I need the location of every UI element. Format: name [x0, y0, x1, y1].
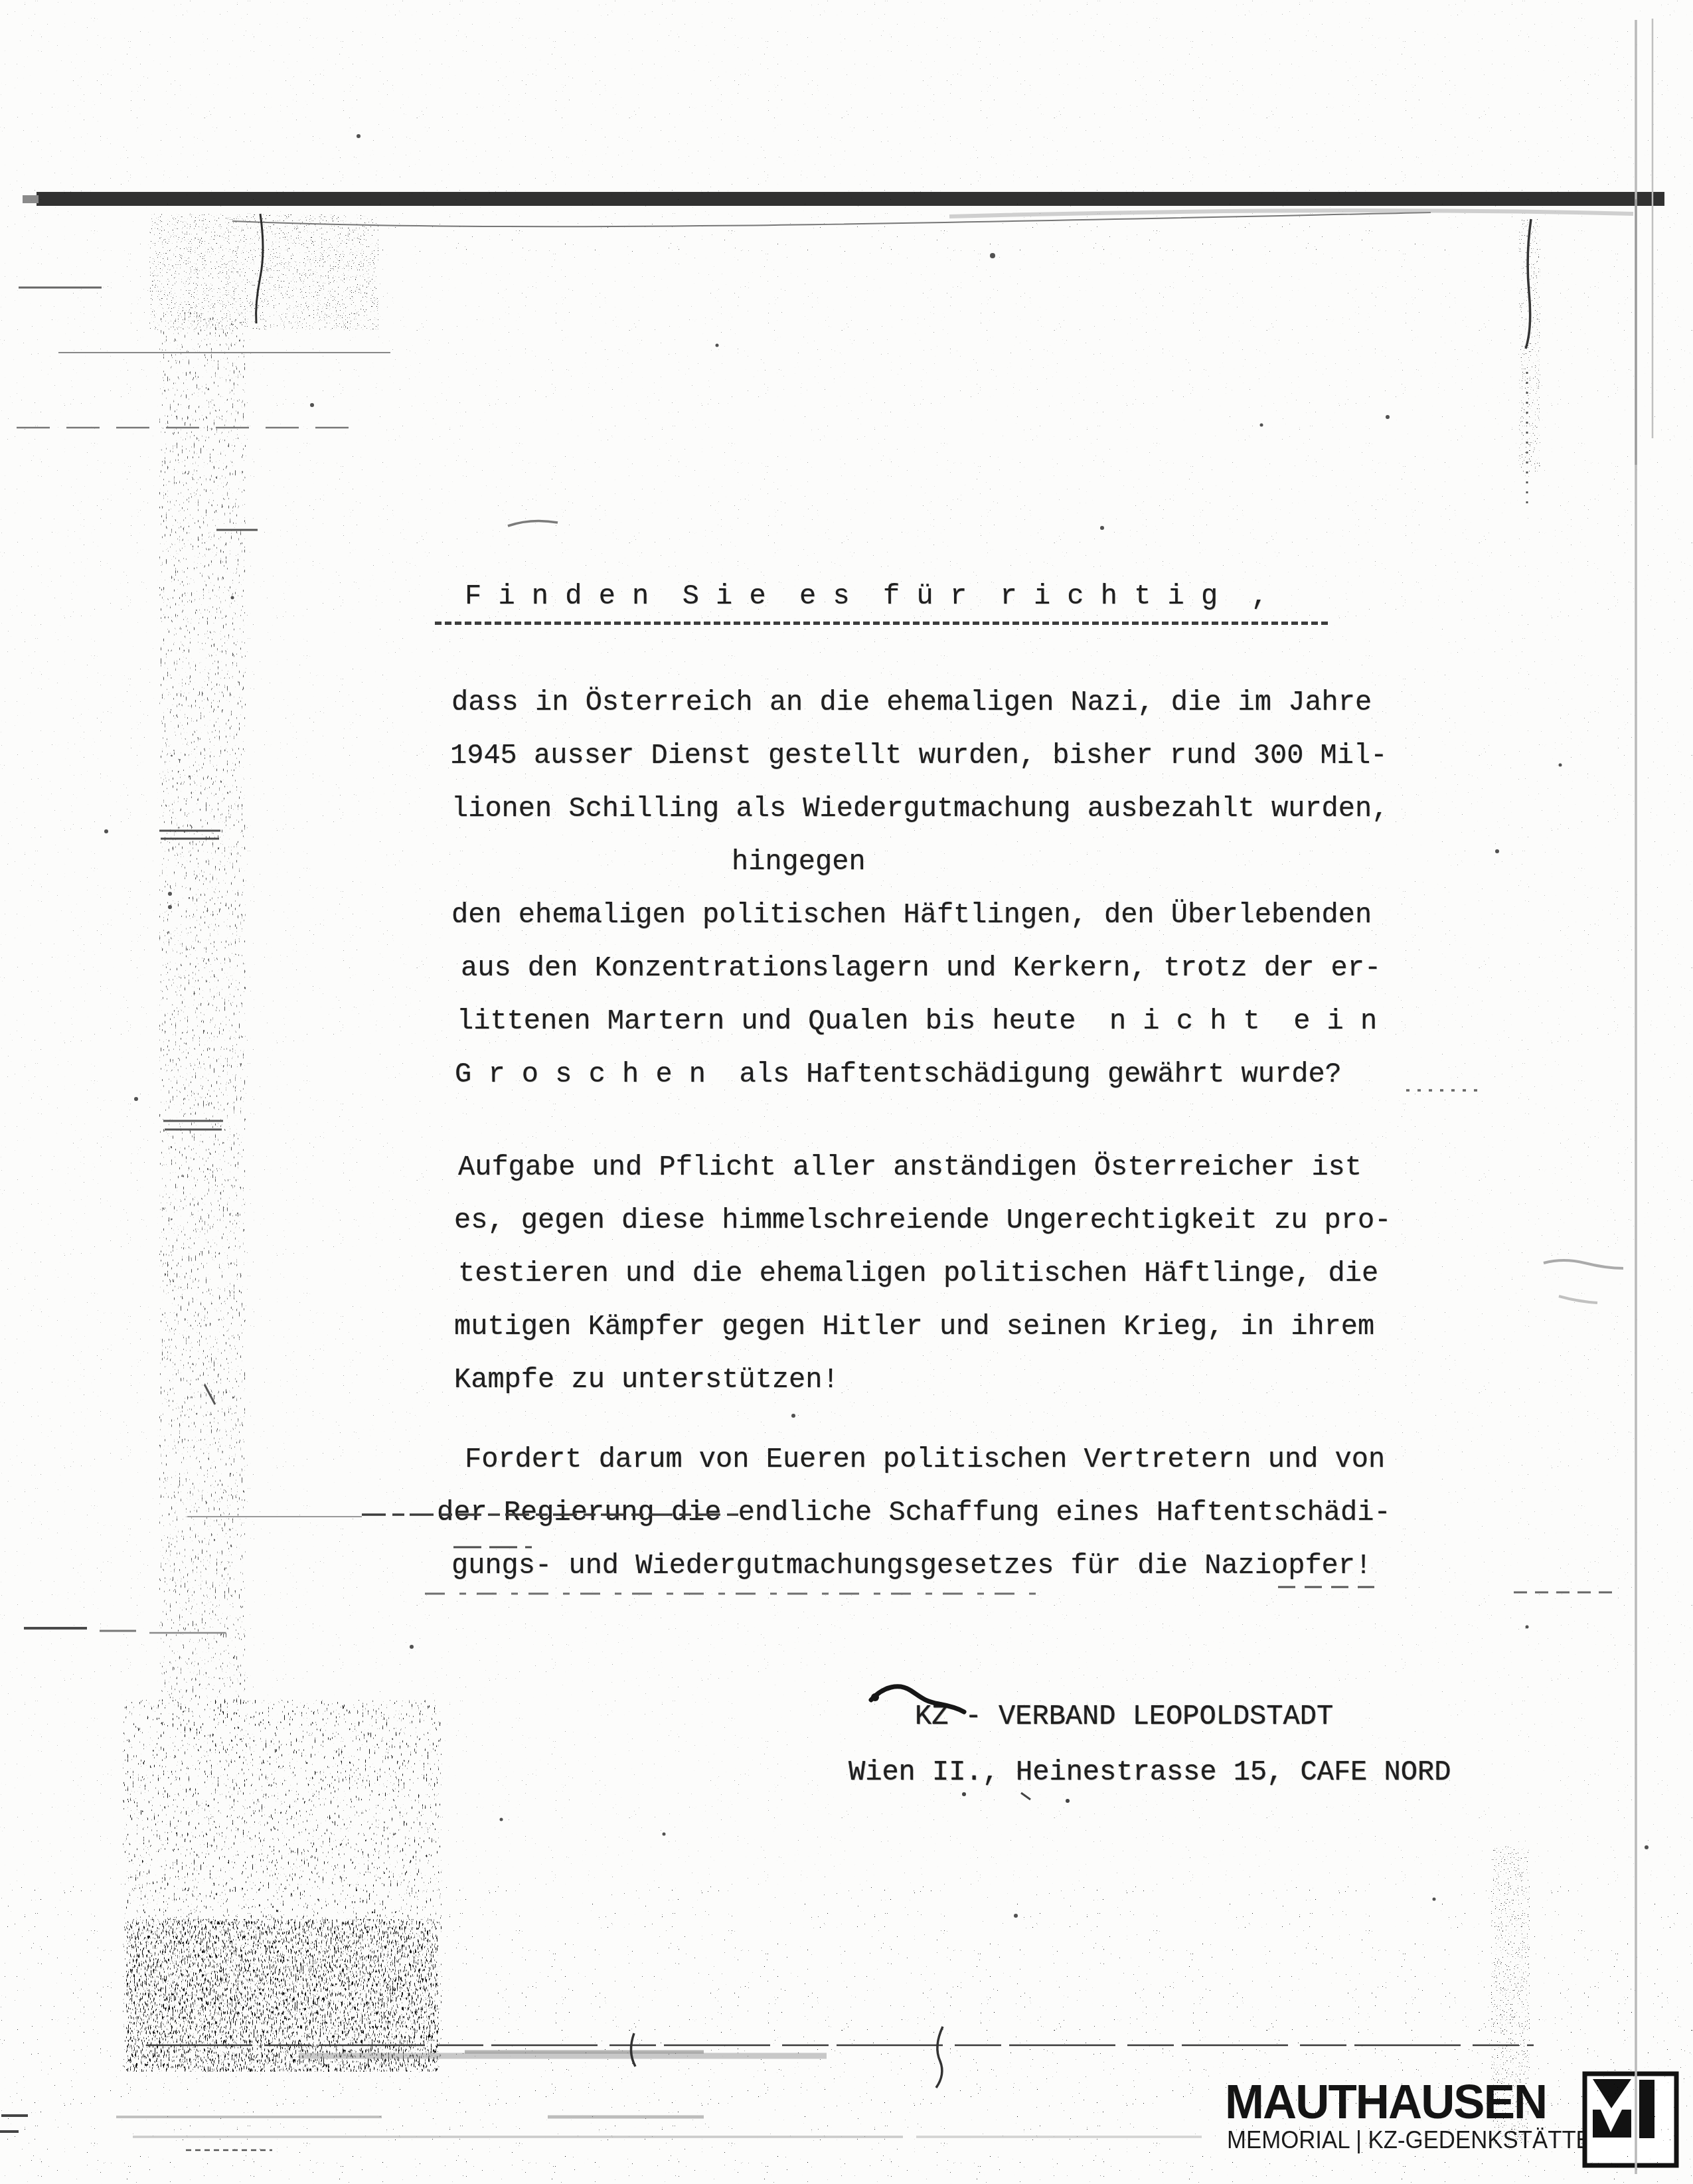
signature-line-address: Wien II., Heinestrasse 15, CAFE NORD [848, 1756, 1451, 1788]
body-line-p3-1: Fordert darum von Eueren politischen Ver… [465, 1444, 1385, 1475]
scan-top-bar-tail [23, 195, 39, 203]
body-line-p1-8: G r o s c h e n als Haftentschädigung ge… [455, 1058, 1342, 1090]
scan-top-bar [37, 192, 1664, 206]
body-line-p2-1: Aufgabe und Pflicht aller anständigen Ös… [458, 1151, 1362, 1183]
title-underline [435, 622, 1328, 625]
body-line-p1-3: lionen Schilling als Wiedergutmachung au… [451, 793, 1388, 825]
body-line-p3-2-rest: endliche Schaffung eines Haftentschädi- [721, 1497, 1390, 1529]
mauthausen-memorial-logo-icon [1582, 2071, 1679, 2168]
footer-brand-mauthausen: MAUTHAUSEN [1225, 2074, 1546, 2130]
body-line-p1-2: 1945 ausser Dienst gestellt wurden, bish… [450, 740, 1387, 772]
body-line-p1-5: den ehemaligen politischen Häftlingen, d… [451, 899, 1372, 931]
signature-line-organization: KZ - VERBAND LEOPOLDSTADT [915, 1701, 1333, 1732]
body-line-p2-4: mutigen Kämpfer gegen Hitler und seinen … [454, 1311, 1374, 1343]
body-line-p2-2: es, gegen diese himmelschreiende Ungerec… [454, 1205, 1391, 1236]
scan-noise-layer [0, 0, 1693, 2184]
body-line-p1-6: aus den Konzentrationslagern und Kerkern… [461, 952, 1381, 984]
footer-subtitle-memorial: MEMORIAL | KZ-GEDENKSTÄTTE [1227, 2126, 1591, 2154]
body-line-p1-7: littenen Martern und Qualen bis heute n … [457, 1005, 1377, 1037]
body-line-p3-3: gungs- und Wiedergutmachungsgesetzes für… [451, 1550, 1372, 1582]
body-line-p3-2: der Regierung die endliche Schaffung ein… [437, 1497, 1391, 1529]
body-line-p1-4-hingegen: hingegen [732, 846, 866, 878]
body-line-p2-3: testieren und die ehemaligen politischen… [458, 1258, 1378, 1290]
body-line-p1-1: dass in Österreich an die ehemaligen Naz… [451, 687, 1372, 718]
scanned-document-page: F i n d e n S i e e s f ü r r i c h t i … [0, 0, 1693, 2184]
body-line-p2-5: Kampfe zu unterstützen! [454, 1364, 839, 1396]
struck-text: der Regierung die [437, 1497, 721, 1529]
document-title: F i n d e n S i e e s f ü r r i c h t i … [465, 580, 1268, 612]
